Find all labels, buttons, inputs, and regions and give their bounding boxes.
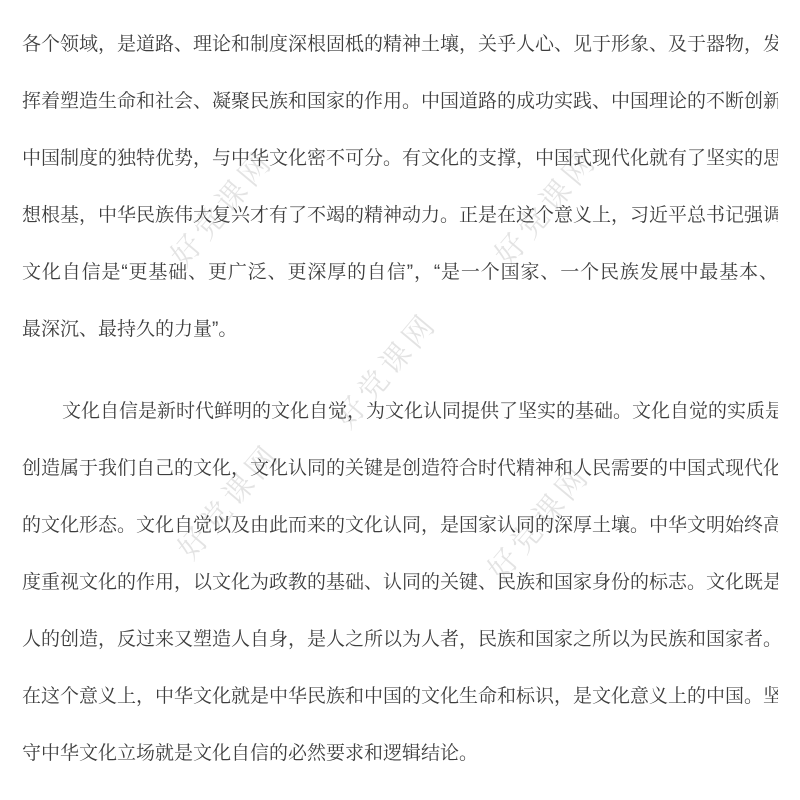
document-body: 各个领域，是道路、理论和制度深根固柢的精神土壤，关乎人心、见于形象、及于器物，发…: [0, 0, 800, 782]
text-line: 的文化形态。文化自觉以及由此而来的文化认同，是国家认同的深厚土壤。中华文明始终高: [22, 497, 778, 554]
text-line: 人的创造，反过来又塑造人自身，是人之所以为人者，民族和国家之所以为民族和国家者。: [22, 611, 778, 668]
text-line: 创造属于我们自己的文化，文化认同的关键是创造符合时代精神和人民需要的中国式现代化: [22, 440, 778, 497]
text-line: 想根基，中华民族伟大复兴才有了不竭的精神动力。正是在这个意义上，习近平总书记强调…: [22, 187, 778, 244]
text-line: 挥着塑造生命和社会、凝聚民族和国家的作用。中国道路的成功实践、中国理论的不断创新…: [22, 73, 778, 130]
text-line: 最深沉、最持久的力量”。: [22, 301, 778, 358]
text-line: 中国制度的独特优势，与中华文化密不可分。有文化的支撑，中国式现代化就有了坚实的思: [22, 130, 778, 187]
text-line: 在这个意义上，中华文化就是中华民族和中国的文化生命和标识，是文化意义上的中国。坚: [22, 668, 778, 725]
text-line: 文化自信是“更基础、更广泛、更深厚的自信”，“是一个国家、一个民族发展中最基本、: [22, 244, 778, 301]
text-line: 文化自信是新时代鲜明的文化自觉，为文化认同提供了坚实的基础。文化自觉的实质是: [22, 383, 778, 440]
text-line: 度重视文化的作用，以文化为政教的基础、认同的关键、民族和国家身份的标志。文化既是: [22, 554, 778, 611]
document-page: 好党课网 好党课网 好党课网 好党课网 好党课网 各个领域，是道路、理论和制度深…: [0, 0, 800, 800]
paragraph-2: 文化自信是新时代鲜明的文化自觉，为文化认同提供了坚实的基础。文化自觉的实质是 创…: [22, 383, 778, 782]
text-line: 各个领域，是道路、理论和制度深根固柢的精神土壤，关乎人心、见于形象、及于器物，发: [22, 16, 778, 73]
paragraph-1: 各个领域，是道路、理论和制度深根固柢的精神土壤，关乎人心、见于形象、及于器物，发…: [22, 16, 778, 358]
text-line: 守中华文化立场就是文化自信的必然要求和逻辑结论。: [22, 725, 778, 782]
